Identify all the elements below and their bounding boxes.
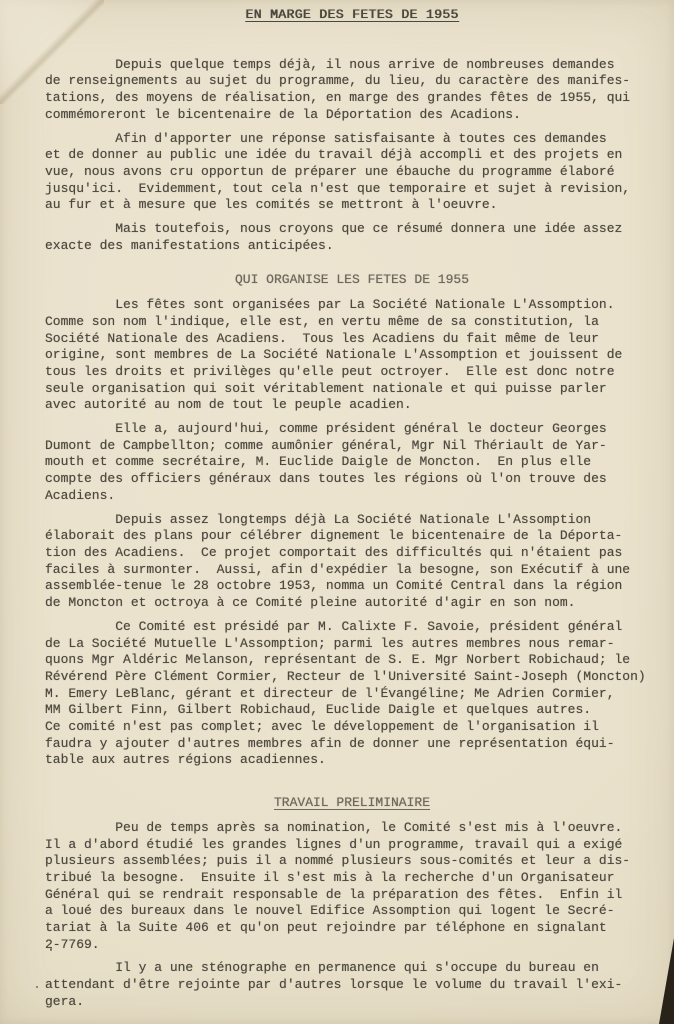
paper-speck [36,986,38,988]
document-content: EN MARGE DES FETES DE 1955 Depuis quelqu… [45,7,659,1011]
document-title: EN MARGE DES FETES DE 1955 [45,7,659,24]
paragraph: Mais toutefois, nous croyons que ce résu… [45,221,659,254]
section-intro: Depuis quelque temps déjà, il nous arriv… [45,57,659,255]
paragraph: Depuis quelque temps déjà, il nous arriv… [45,57,659,124]
paragraph: Depuis assez longtemps déjà La Société N… [45,512,659,612]
paragraph: Les fêtes sont organisées par La Société… [45,297,659,414]
paragraph: Peu de temps après sa nomination, le Com… [45,820,659,954]
section-travail-preliminaire: TRAVAIL PRELIMINAIRE Peu de temps après … [45,795,659,1010]
section-heading: QUI ORGANISE LES FETES DE 1955 [45,272,659,289]
section-heading: TRAVAIL PRELIMINAIRE [45,795,659,812]
document-page: EN MARGE DES FETES DE 1955 Depuis quelqu… [0,0,674,1024]
paragraph: Afin d'apporter une réponse satisfaisant… [45,131,659,215]
paragraph: Elle a, aujourd'hui, comme président gén… [45,421,659,505]
paragraph: Ce Comité est présidé par M. Calixte F. … [45,619,659,769]
page-edge-shadow [659,938,674,1024]
section-qui-organise: QUI ORGANISE LES FETES DE 1955 Les fêtes… [45,272,659,769]
paragraph: Il y a une sténographe en permanence qui… [45,960,659,1010]
